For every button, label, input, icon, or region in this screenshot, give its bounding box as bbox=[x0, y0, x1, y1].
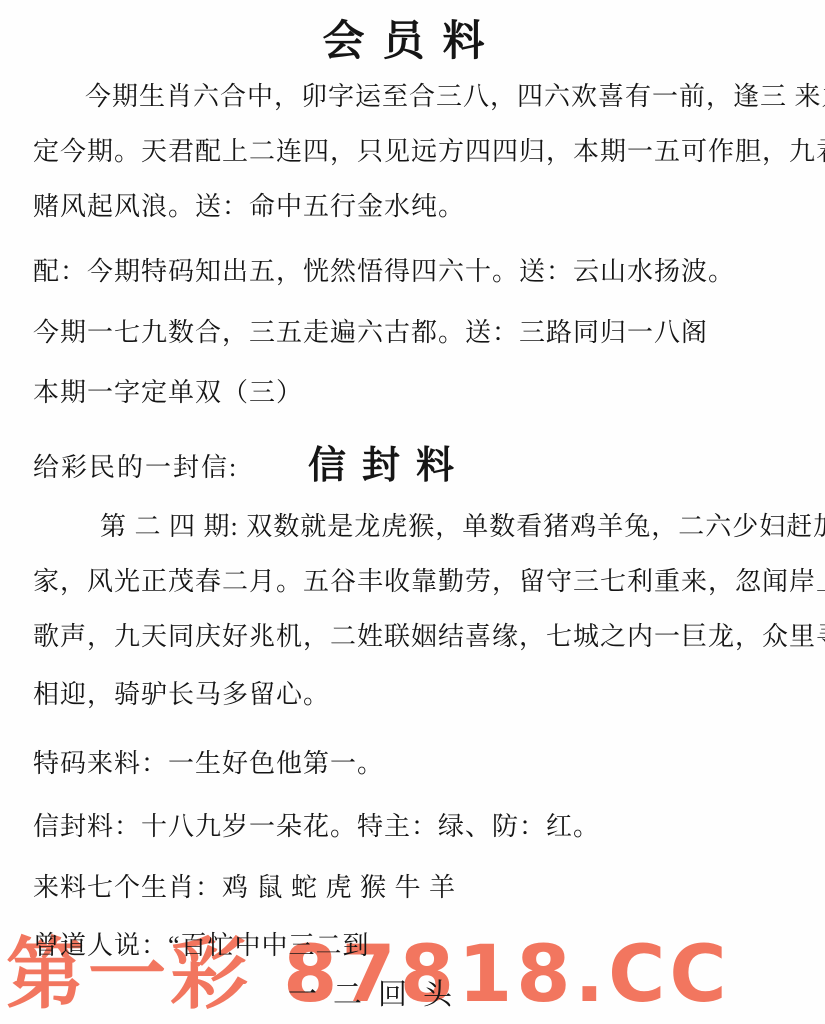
quote-line: 曾道人说：“百忙中中三二到 bbox=[33, 925, 370, 962]
scanned-document-page: 会员料 今期生肖六合中，卯字运至合三八，四六欢喜有一前，逢三 来九 定今期。天君… bbox=[0, 0, 825, 1024]
envelope-line: 信封料：十八九岁一朵花。特主：绿、防：红。 bbox=[33, 806, 600, 843]
footer-black-text: 一二回头 bbox=[288, 972, 468, 1013]
letter-line: 第 二 四 期: 双数就是龙虎猴，单数看猪鸡羊兔，二六少妇赶加 bbox=[100, 506, 825, 543]
envelope-section-title: 信封料 bbox=[308, 434, 470, 489]
page-title: 会员料 bbox=[0, 8, 825, 68]
member-line: 配：今期特码知出五，恍然悟得四六十。送：云山水扬波。 bbox=[33, 251, 735, 288]
member-line: 赌风起风浪。送：命中五行金水纯。 bbox=[33, 186, 465, 223]
member-line: 今期生肖六合中，卯字运至合三八，四六欢喜有一前，逢三 来九 bbox=[85, 76, 825, 113]
letter-label: 给彩民的一封信: bbox=[33, 447, 238, 484]
member-line: 定今期。天君配上二连四，只见远方四四归，本期一五可作胆，九君 bbox=[33, 131, 825, 168]
member-line: 今期一七九数合，三五走遍六古都。送：三路同归一八阁 bbox=[33, 312, 708, 349]
special-code-line: 特码来料：一生好色他第一。 bbox=[33, 743, 384, 780]
letter-line: 相迎，骑驴长马多留心。 bbox=[33, 674, 330, 711]
letter-line: 歌声，九天同庆好兆机，二姓联姻结喜缘，七城之内一巨龙，众里寻它龙 bbox=[33, 616, 825, 653]
zodiac-line: 来料七个生肖：鸡 鼠 蛇 虎 猴 牛 羊 bbox=[33, 867, 456, 904]
member-line: 本期一字定单双（三） bbox=[33, 372, 303, 409]
letter-line: 家，风光正茂春二月。五谷丰收靠勤劳，留守三七利重来，忽闻岸上踏 bbox=[33, 561, 825, 598]
